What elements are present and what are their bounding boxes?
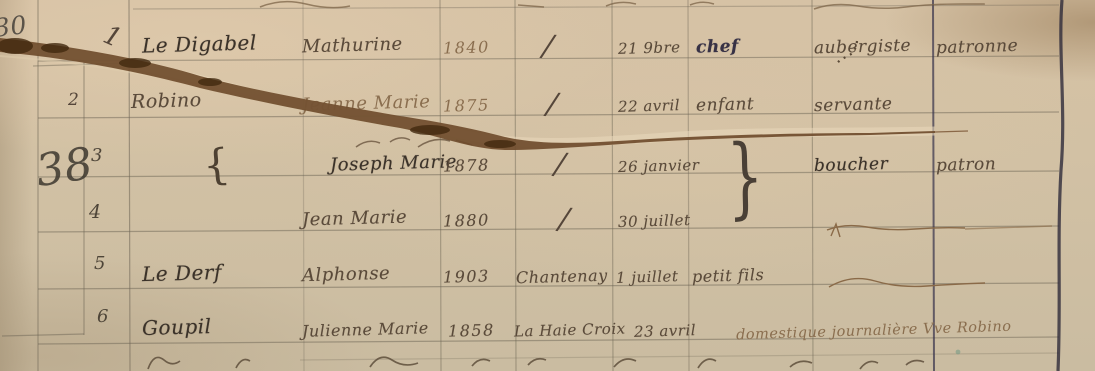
ink-marks-and-tear [0, 0, 1095, 371]
ink-speck [956, 350, 961, 355]
torn-text-fragments-bottom [148, 357, 924, 369]
dotted-pen-flourish [837, 41, 857, 63]
ditto-squiggles [827, 224, 1052, 287]
census-register-photo: 30 38 1 2 3 4 5 6 Le Digabel Mathurine 1… [0, 0, 1095, 371]
torn-text-fragments-top [260, 2, 984, 9]
paper-tear [0, 38, 968, 150]
